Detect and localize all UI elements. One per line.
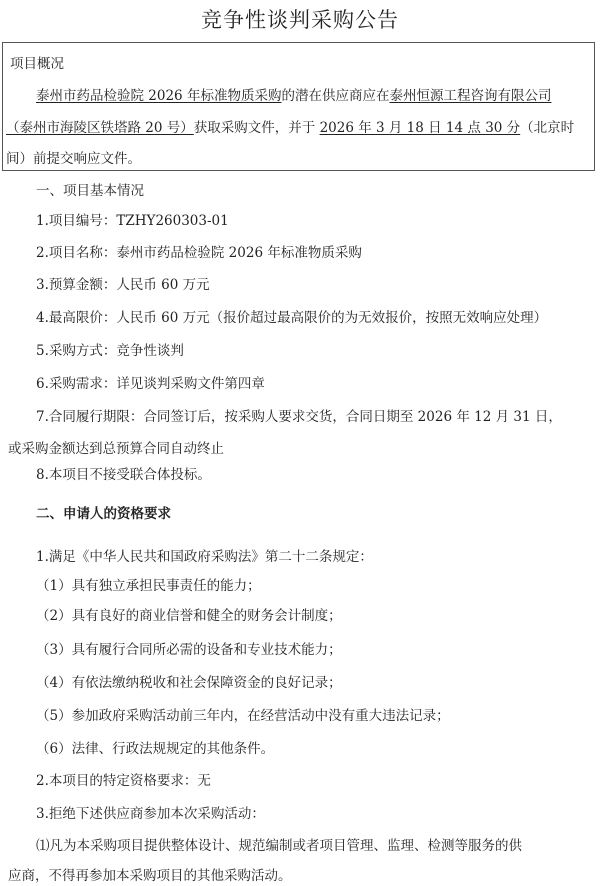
section1-item: 5.采购方式：竞争性谈判 xyxy=(36,339,184,359)
section1-item: 6.采购需求：详见谈判采购文件第四章 xyxy=(36,372,265,392)
overview-heading: 项目概况 xyxy=(10,52,64,72)
section1-item: 1.项目编号：TZHY260303-01 xyxy=(36,209,229,229)
overview-paragraph-line-2: （泰州市海陵区铁塔路 20 号）获取采购文件，并于 2026 年 3 月 18 … xyxy=(6,116,574,136)
agency-address: （泰州市海陵区铁塔路 20 号） xyxy=(6,120,194,136)
section2-item: （6）法律、行政法规规定的其他条件。 xyxy=(36,737,274,757)
section2-item: ⑴凡为本采购项目提供整体设计、规范编制或者项目管理、监理、检测等服务的供 xyxy=(36,834,522,854)
deadline: 2026 年 3 月 18 日 14 点 30 分 xyxy=(320,120,521,136)
section1-item: 4.最高限价：人民币 60 万元（报价超过最高限价的为无效报价，按照无效响应处理… xyxy=(36,306,547,326)
section1-item: 8.本项目不接受联合体投标。 xyxy=(36,463,211,483)
project-name-link: 泰州市药品检验院 2026 年标准物质采购 xyxy=(36,88,281,104)
section2-item: 2.本项目的特定资格要求：无 xyxy=(36,769,211,789)
section2-item: （2）具有良好的商业信誉和健全的财务会计制度； xyxy=(36,604,342,624)
section1-item: 2.项目名称：泰州市药品检验院 2026 年标准物质采购 xyxy=(36,241,362,261)
section2-item: （5）参加政府采购活动前三年内，在经营活动中没有重大违法记录； xyxy=(36,704,450,724)
section2-item: 3.拒绝下述供应商参加本次采购活动： xyxy=(36,802,265,822)
section1-item: 7.合同履行期限：合同签订后，按采购人要求交货，合同日期至 2026 年 12 … xyxy=(36,405,562,425)
page-title: 竞争性谈判采购公告 xyxy=(0,4,600,34)
section1-item: 3.预算金额：人民币 60 万元 xyxy=(36,273,210,293)
agency-name: 泰州恒源工程咨询有限公司 xyxy=(389,88,551,104)
section1-heading: 一、项目基本情况 xyxy=(36,179,144,199)
section2-item: 1.满足《中华人民共和国政府采购法》第二十二条规定： xyxy=(36,545,373,565)
section2-item: （1）具有独立承担民事责任的能力； xyxy=(36,574,261,594)
section2-heading: 二、申请人的资格要求 xyxy=(36,502,171,522)
section1-item-continuation: 或采购金额达到总预算合同自动终止 xyxy=(8,437,224,457)
overview-paragraph-line-1: 泰州市药品检验院 2026 年标准物质采购的潜在供应商应在泰州恒源工程咨询有限公… xyxy=(36,84,551,104)
section2-item: （3）具有履行合同所必需的设备和专业技术能力； xyxy=(36,638,342,658)
section2-item-continuation: 应商，不得再参加本采购项目的其他采购活动。 xyxy=(8,864,292,884)
overview-paragraph-line-3: 间）前提交响应文件。 xyxy=(6,147,141,167)
section2-item: （4）有依法缴纳税收和社会保障资金的良好记录； xyxy=(36,671,342,691)
